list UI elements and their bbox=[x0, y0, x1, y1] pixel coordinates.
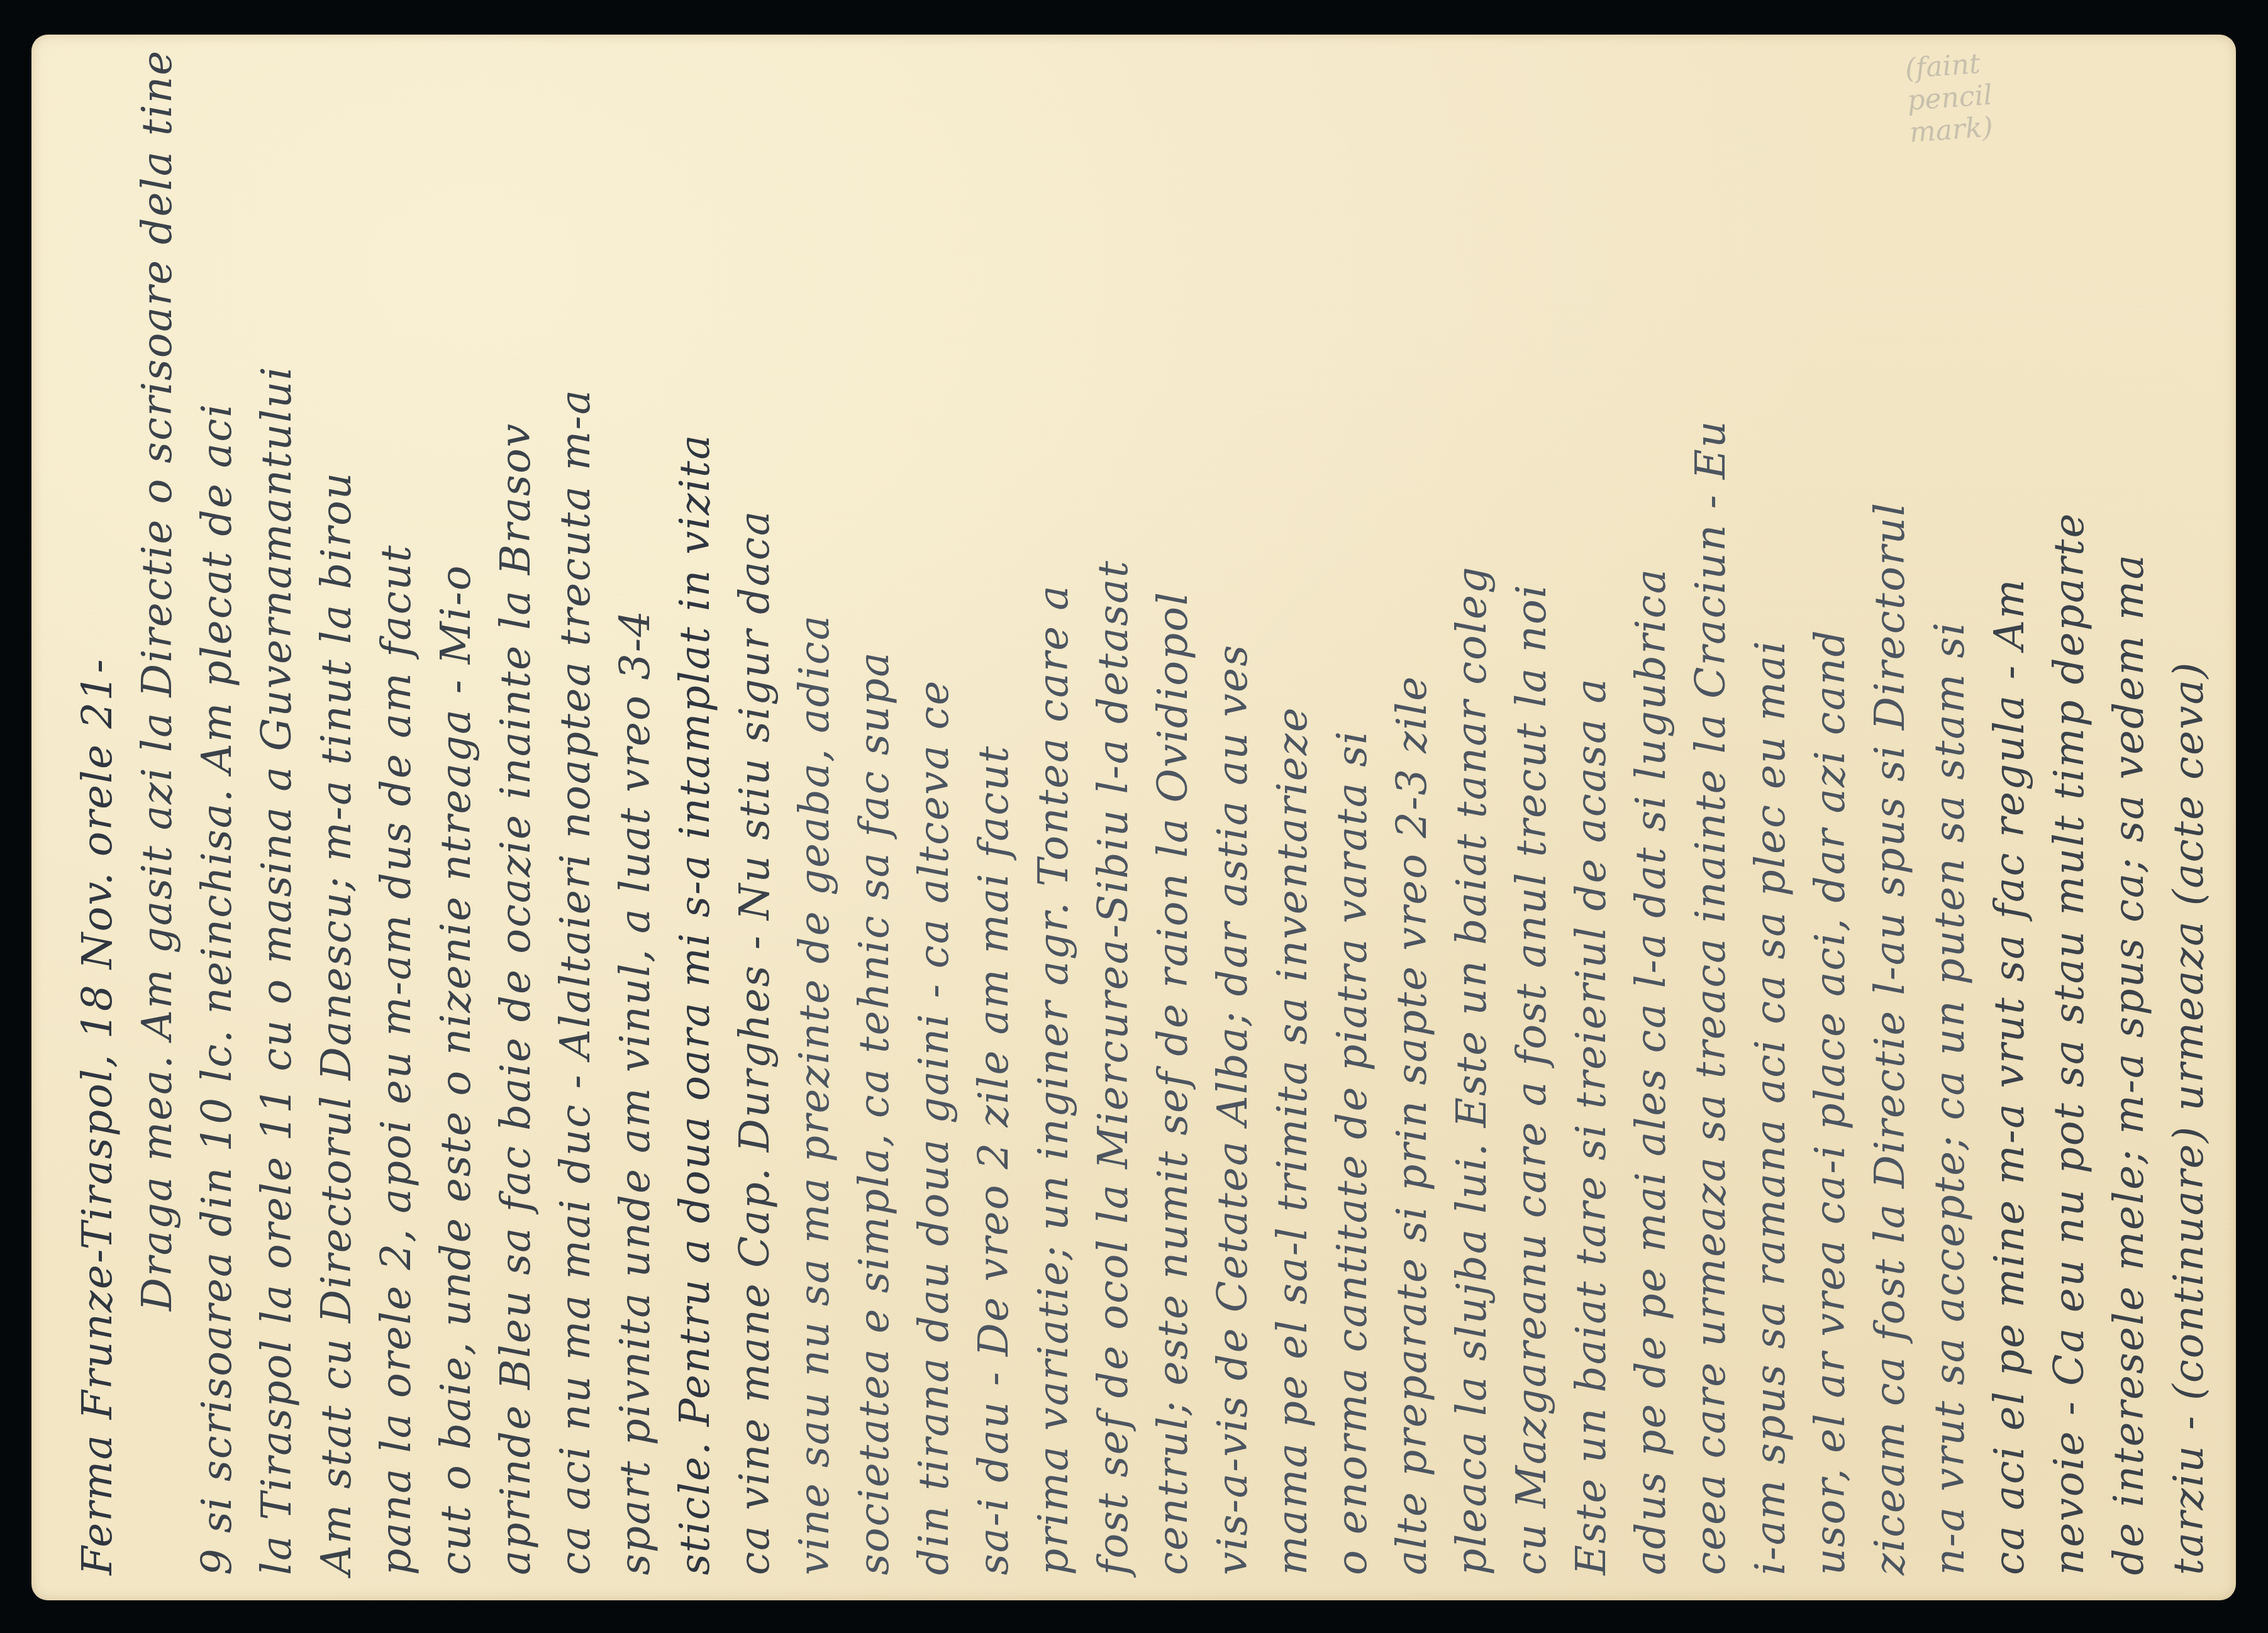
handwritten-line: 9 si scrisoarea din 10 lc. neinchisa. Am… bbox=[189, 53, 245, 1575]
handwritten-line: usor, el ar vrea ca-i place aci, dar azi… bbox=[1802, 53, 1859, 1575]
handwritten-line: pleaca la slujba lui. Este un baiat tana… bbox=[1443, 53, 1500, 1575]
handwritten-text-block: Ferma Frunze-Tiraspol, 18 Nov. orele 21-… bbox=[31, 35, 2236, 1600]
handwritten-line: pana la orele 2, apoi eu m-am dus de am … bbox=[368, 53, 425, 1575]
handwritten-line: cut o baie, unde este o nizenie ntreaga … bbox=[428, 53, 484, 1575]
handwritten-line: nevoie - Ca eu nu pot sa stau mult timp … bbox=[2041, 53, 2098, 1575]
handwritten-line: ceea care urmeaza sa treaca inainte la C… bbox=[1682, 53, 1739, 1575]
handwritten-line: Ferma Frunze-Tiraspol, 18 Nov. orele 21- bbox=[69, 53, 126, 1575]
handwritten-line: Am stat cu Directorul Danescu; m-a tinut… bbox=[308, 53, 365, 1575]
handwritten-line: i-am spus sa ramana aci ca sa plec eu ma… bbox=[1742, 53, 1799, 1575]
handwritten-line: sa-i dau - De vreo 2 zile am mai facut bbox=[965, 53, 1022, 1575]
handwritten-line: alte preparate si prin sapte vreo 2-3 zi… bbox=[1384, 53, 1440, 1575]
handwritten-line: centrul; este numit sef de raion la Ovid… bbox=[1145, 53, 1201, 1575]
handwritten-line: adus pe de pe mai ales ca l-a dat si lug… bbox=[1623, 53, 1679, 1575]
handwritten-line: fost sef de ocol la Miercurea-Sibiu l-a … bbox=[1085, 53, 1142, 1575]
handwritten-line: de interesele mele; m-a spus ca; sa vede… bbox=[2101, 53, 2157, 1575]
handwritten-line: ziceam ca fost la Directie l-au spus si … bbox=[1862, 53, 1918, 1575]
handwritten-line: la Tiraspol la orele 11 cu o masina a Gu… bbox=[248, 53, 305, 1575]
handwritten-line: Este un baiat tare si treieriul de acasa… bbox=[1563, 53, 1620, 1575]
handwritten-line: sticle. Pentru a doua oara mi s-a intamp… bbox=[667, 53, 723, 1575]
handwritten-line: tarziu - (continuare) urmeaza (acte ceva… bbox=[2160, 53, 2217, 1575]
handwritten-line: societatea e simpla, ca tehnic sa fac su… bbox=[846, 53, 903, 1575]
handwritten-line: ca vine mane Cap. Durghes - Nu stiu sigu… bbox=[726, 53, 783, 1575]
handwritten-line: Draga mea. Am gasit azi la Directie o sc… bbox=[129, 53, 186, 1575]
handwritten-line: ca aci el pe mine m-a vrut sa fac regula… bbox=[1981, 53, 2038, 1575]
handwritten-line: o enorma cantitate de piatra varata si bbox=[1324, 53, 1381, 1575]
handwritten-line: n-a vrut sa accepte; ca un puten sa stam… bbox=[1921, 53, 1978, 1575]
handwritten-line: spart pivnita unde am vinul, a luat vreo… bbox=[607, 53, 664, 1575]
postcard: (faint pencil mark) Ferma Frunze-Tiraspo… bbox=[31, 35, 2236, 1600]
handwritten-line: ca aci nu ma mai duc - Alaltaieri noapte… bbox=[547, 53, 604, 1575]
handwritten-line: vis-a-vis de Cetatea Alba; dar astia au … bbox=[1204, 53, 1261, 1575]
handwritten-line: mama pe el sa-l trimita sa inventarieze bbox=[1264, 53, 1321, 1575]
handwritten-line: din tirana dau doua gaini - ca altceva c… bbox=[906, 53, 962, 1575]
handwritten-line: aprinde Bleu sa fac baie de ocazie inain… bbox=[487, 53, 544, 1575]
handwritten-line: prima variatie; un inginer agr. Tontea c… bbox=[1025, 53, 1082, 1575]
handwritten-line: cu Mazgareanu care a fost anul trecut la… bbox=[1503, 53, 1560, 1575]
handwritten-line: vine sau nu sa ma prezinte de geaba, adi… bbox=[786, 53, 843, 1575]
